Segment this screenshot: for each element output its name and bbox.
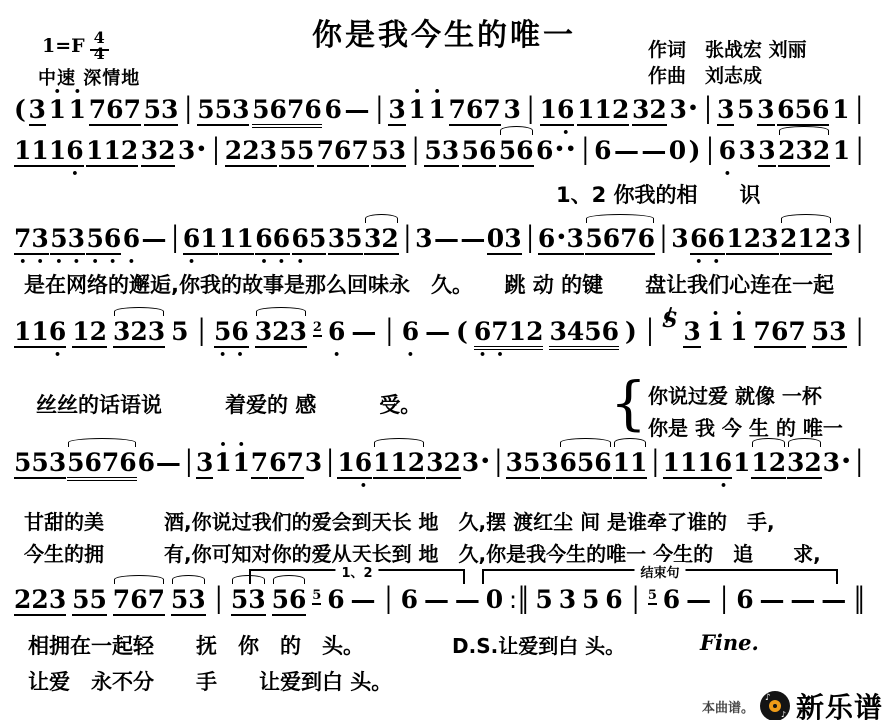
parenthesis: ) (625, 318, 637, 346)
note-digit: 6• (715, 449, 732, 477)
note-digit: 6• (183, 225, 200, 253)
note-group: 53 (371, 137, 406, 167)
note-digit: 5 (297, 137, 314, 165)
note-group: 1• (49, 96, 66, 124)
verse-brace: { (610, 374, 647, 432)
note-group: ) (625, 318, 637, 346)
note-digit: 3 (738, 137, 755, 165)
barline: │ (648, 449, 661, 477)
note-group: 323 (113, 318, 165, 348)
note-digit: 3 (787, 449, 804, 477)
sustain-dash: — (425, 318, 450, 346)
lyric-line-2: 丝丝的话语说 着爱的 感 受。 (36, 389, 421, 419)
note-group: 3 (717, 96, 734, 126)
note-group: 3 (738, 137, 755, 165)
note-group: 1116• (14, 137, 84, 167)
note-digit: 6 (289, 586, 306, 614)
note-digit: 3 (141, 137, 158, 165)
note-digit: 6 (334, 137, 351, 165)
note-digit: 5 (371, 137, 388, 165)
note-digit: 5 (424, 137, 441, 165)
note-group: 56 (462, 137, 497, 167)
barline: │ (524, 96, 537, 124)
note-digit: 3 (49, 449, 66, 477)
note-group: — (641, 137, 666, 165)
note-digit: 6 (304, 96, 321, 124)
disc-hole (773, 704, 777, 708)
note-digit: 7 (287, 96, 304, 124)
note-group: 53 (812, 318, 847, 348)
vinyl-disc-icon: ♪ ♪ (760, 691, 790, 720)
note-digit: 3 (196, 449, 213, 477)
barline: │ (852, 449, 865, 477)
note-digit: 6• (355, 449, 372, 477)
volta-bracket-coda: 结束句 (482, 569, 838, 584)
note-digit: 2 (130, 318, 147, 346)
note-group: 6 (324, 96, 341, 124)
note-digit: 3 (178, 137, 195, 165)
note-group: 6•5 (292, 225, 327, 255)
note-digit: 7 (483, 96, 500, 124)
music-row-5: 55356766—│31•1•7673│16•112323•│35365611│… (14, 449, 866, 481)
verse-line-a: 你说过爱 就像 一杯 (648, 380, 822, 409)
note-group: 1• (730, 318, 747, 346)
note-digit: 5• (50, 225, 67, 253)
sustain-dash: — (351, 318, 376, 346)
note-group: 223 (225, 137, 277, 167)
barline: │ (523, 225, 536, 253)
note-digit: 2 (744, 225, 761, 253)
barline: │ (491, 449, 504, 477)
octave-dot-below: • (407, 349, 414, 360)
note-digit: 2 (815, 225, 832, 253)
octave-dot-below: • (562, 127, 569, 138)
note-digit: 1 (540, 96, 557, 124)
barline: │ (629, 586, 642, 614)
note-digit: 5• (86, 225, 103, 253)
note-group: 6•7•12 (474, 318, 544, 350)
note-group: 3 (415, 225, 432, 253)
note-group: — (460, 225, 485, 253)
note-digit: 6• (123, 225, 140, 253)
publisher-credit: 本曲谱。 (702, 697, 754, 716)
note-group: 6• (328, 318, 345, 346)
time-signature: 4 4 (90, 30, 109, 62)
note-group: 16• (337, 449, 372, 479)
note-group: 3 (757, 96, 774, 126)
note-digit: 2 (649, 96, 666, 124)
note-group: 53 (144, 96, 179, 126)
sheet-music-page: 你是我今生的唯一 1=F 4 4 中速 深情地 作词 张战宏 刘丽 作曲 刘志成… (0, 0, 888, 720)
note-group: 123 (726, 225, 778, 255)
note-group: 3 (29, 96, 46, 126)
note-group: 32 (141, 137, 176, 167)
note-group: 223 (14, 586, 66, 616)
octave-dot-below: • (219, 349, 226, 360)
octave-dot-below: • (333, 349, 340, 360)
note-digit: 5 (499, 137, 516, 165)
barline: │ (195, 318, 208, 346)
note-group: 1 (733, 449, 750, 477)
lyric-line-4a: 相拥在一起轻 抚 你 的 头。 (28, 630, 364, 660)
note-digit: 5 (737, 96, 754, 124)
note-digit: 3 (503, 96, 520, 124)
note-group: 1• (408, 96, 425, 124)
note-group: 553 (197, 96, 249, 126)
note-digit: 3 (232, 96, 249, 124)
note-group: 3 (541, 449, 558, 479)
note-digit: 7 (449, 96, 466, 124)
octave-dot-below: • (73, 256, 80, 267)
barline: │ (643, 318, 656, 346)
note-group: 32 (787, 449, 822, 479)
parenthesis: ( (456, 318, 468, 346)
note-group: — (790, 586, 815, 614)
note-digit: 3 (823, 449, 840, 477)
octave-dot-above: • (414, 86, 421, 97)
barline: │ (212, 586, 225, 614)
slur-arc (779, 126, 829, 135)
note-group: 767 (754, 318, 806, 348)
note-digit: 3 (188, 586, 205, 614)
note-group: — (455, 586, 480, 614)
note-digit: 3 (255, 318, 272, 346)
note-digit: 3 (290, 318, 307, 346)
sustain-dash: — (760, 586, 785, 614)
note-digit: 7 (148, 586, 165, 614)
note-group: — (345, 96, 370, 124)
note-digit: 7 (251, 449, 268, 477)
volta-label-coda: 结束句 (634, 562, 685, 581)
note-group: 1• (707, 318, 724, 346)
slur-arc (365, 214, 398, 223)
octave-dot-below: • (297, 256, 304, 267)
octave-dot-below: • (695, 256, 702, 267)
note-group: 1116• (663, 449, 733, 479)
note-group: 6 (736, 586, 753, 614)
repeat-barline: :║ (509, 586, 530, 614)
note-group: ( (456, 318, 468, 346)
note-digit: 5 (90, 586, 107, 614)
sustain-dash: — (614, 137, 639, 165)
slur-arc (752, 438, 785, 447)
sustain-dash: — (455, 586, 480, 614)
note-digit: 3 (415, 225, 432, 253)
note-group: 116• (14, 318, 66, 348)
slur-arc (500, 126, 533, 135)
music-row-3: 7•3•5•3•5•6•6•—│6•1116•6•6•53532│3——03│6… (14, 225, 866, 255)
lyric-line-3b: 今生的拥 有,你可知对你的爱从天长到 地 久,你是我今生的唯一 今生的 追 求, (24, 538, 821, 567)
note-digit: 1 (200, 225, 217, 253)
octave-dot-above: • (219, 439, 226, 450)
note-group: — (434, 225, 459, 253)
note-digit: 5 (215, 96, 232, 124)
note-digit: 6• (273, 225, 290, 253)
sustain-dash: — (434, 225, 459, 253)
note-digit: 5 (252, 96, 269, 124)
note-digit: 0 (669, 137, 686, 165)
octave-dot-below: • (188, 256, 195, 267)
octave-dot-below: • (237, 349, 244, 360)
note-digit: 5 (231, 586, 248, 614)
note-digit: 7 (351, 137, 368, 165)
note-group: 5 (171, 318, 188, 346)
octave-dot-below: • (55, 256, 62, 267)
note-digit: 3 (504, 225, 521, 253)
brand-name: 新乐谱 (796, 686, 883, 720)
note-digit: 2 (813, 137, 830, 165)
note-digit: 6• (104, 225, 121, 253)
sustain-dash: — (641, 137, 666, 165)
lyric-line-3a: 甘甜的美 酒,你说过我们的爱会到天长 地 久,摆 渡红尘 间 是谁牵了谁的 手, (24, 506, 775, 535)
barline: │ (852, 96, 865, 124)
note-digit: 5 (309, 225, 326, 253)
note-digit: 4 (567, 318, 584, 346)
note-digit: 3 (113, 318, 130, 346)
note-group: 03 (487, 225, 522, 255)
note-digit: 6• (690, 225, 707, 253)
note-group: 53 (424, 137, 459, 167)
note-digit: 6 (516, 137, 533, 165)
note-group: 11 (219, 225, 254, 255)
note-digit: 6• (255, 225, 272, 253)
octave-dot-above: • (238, 439, 245, 450)
note-digit: 6 (736, 586, 753, 614)
note-digit: 3 (462, 449, 479, 477)
note-group: 6•6• (255, 225, 290, 255)
note-digit: 5 (462, 137, 479, 165)
sustain-dash: — (460, 225, 485, 253)
barline: │ (381, 586, 394, 614)
note-digit: 1 (733, 449, 750, 477)
note-digit: 2 (526, 318, 543, 346)
note-digit: 3 (796, 137, 813, 165)
note-digit: 3 (834, 225, 851, 253)
octave-dot-below: • (496, 349, 503, 360)
note-group: — (156, 449, 181, 477)
note-group: 5676 (585, 225, 655, 255)
note-digit: 3 (148, 318, 165, 346)
final-barline: ║ (852, 586, 865, 614)
note-digit: 5 (144, 96, 161, 124)
note-digit: 1• (233, 449, 250, 477)
note-digit: 6• (292, 225, 309, 253)
octave-dot-below: • (128, 256, 135, 267)
note-digit: 6• (474, 318, 491, 346)
note-group: 3• (178, 137, 207, 165)
octave-dot-below: • (713, 256, 720, 267)
note-digit: 3 (364, 225, 381, 253)
note-digit: 5 (523, 449, 540, 477)
octave-dot-below: • (19, 256, 26, 267)
music-row-1: (31•1•76753│55356766—│31•1•7673│16•11232… (14, 96, 866, 128)
augmentation-dot: • (554, 140, 564, 158)
note-digit: 6 (106, 96, 123, 124)
note-digit: 5• (214, 318, 231, 346)
note-group: 6• (402, 318, 419, 346)
note-digit: 7• (14, 225, 31, 253)
note-digit: 7• (491, 318, 508, 346)
note-group: 5676 (67, 449, 137, 481)
note-digit: 5 (345, 225, 362, 253)
slur-arc (232, 575, 265, 584)
note-group: 12 (751, 449, 786, 479)
note-digit: 6• (49, 318, 66, 346)
note-group: 6•3 (538, 225, 584, 255)
note-group: ( (14, 96, 26, 124)
note-group: 767 (317, 137, 369, 167)
octave-dot-below: • (720, 480, 727, 491)
note-digit: 2 (90, 318, 107, 346)
note-group: 6• (719, 137, 736, 165)
note-digit: 6• (402, 318, 419, 346)
note-group: 3 (671, 225, 688, 253)
note-group: 3 (559, 586, 576, 614)
segno-icon: S∕ (662, 307, 677, 332)
note-digit: 2 (31, 586, 48, 614)
note-digit: 6 (603, 225, 620, 253)
note-digit: 7 (124, 96, 141, 124)
music-row-2: 1116•112323•│2235576753│5356566••│6——0)│… (14, 137, 866, 167)
note-group: 6•• (536, 137, 576, 165)
note-digit: 3 (389, 137, 406, 165)
note-digit: 6 (771, 318, 788, 346)
note-group: 6•6• (690, 225, 725, 255)
note-digit: 2 (804, 449, 821, 477)
note-digit: 1 (31, 137, 48, 165)
note-digit: 2 (242, 137, 259, 165)
note-digit: 3 (757, 96, 774, 124)
fine-marking: Fine. (700, 630, 759, 655)
slur-arc (586, 214, 654, 223)
note-digit: 3 (761, 225, 778, 253)
note-group: 6 (327, 586, 344, 614)
barline: │ (168, 225, 181, 253)
note-digit: 6 (130, 586, 147, 614)
note-digit: 5 (67, 449, 84, 477)
note-group: — (614, 137, 639, 165)
note-group: 1 (833, 137, 850, 165)
note-digit: 5 (197, 96, 214, 124)
note-digit: 5 (584, 318, 601, 346)
lyric-line-1: 是在网络的邂逅,你我的故事是那么回味永 久。 跳 动 的键 盘让我们心连在一起 (24, 269, 834, 299)
note-group: 5 (737, 96, 754, 124)
barline: │ (717, 586, 730, 614)
composer-credit: 作曲 刘志成 (648, 64, 807, 90)
augmentation-dot: • (196, 140, 206, 158)
slur-arc (374, 438, 424, 447)
note-digit: 3 (717, 96, 734, 124)
note-digit: 6 (324, 96, 341, 124)
note-digit: 6 (327, 586, 344, 614)
note-digit: 5 (577, 449, 594, 477)
note-digit: 2 (443, 449, 460, 477)
music-row-4: 116•123235│5•6•32326•—│6•—(6•7•123456)│S… (14, 318, 866, 350)
note-group: 6 (605, 586, 622, 614)
note-group: 32 (426, 449, 461, 479)
note-group: 767 (89, 96, 141, 126)
note-digit: 3 (506, 449, 523, 477)
note-digit: 3 (305, 449, 322, 477)
note-digit: 1 (373, 449, 390, 477)
note-digit: 6 (605, 586, 622, 614)
note-group: — (142, 225, 167, 253)
music-row-6: 1、2 结束句 2235576753│535656—│6——0:║5356│56… (14, 586, 866, 616)
note-digit: 1 (630, 449, 647, 477)
augmentation-dot: • (480, 452, 490, 470)
note-group: 656 (559, 449, 611, 479)
slur-arc (781, 214, 831, 223)
note-digit: 1 (72, 318, 89, 346)
note-digit: 2 (272, 318, 289, 346)
note-digit: 6• (328, 318, 345, 346)
note-digit: 6 (536, 137, 553, 165)
lyric-pickup: 1、2 你我的相 识 (556, 179, 761, 209)
note-digit: 3 (670, 96, 687, 124)
note-digit: 3 (632, 96, 649, 124)
note-group: 0 (669, 137, 686, 165)
note-digit: 7 (102, 449, 119, 477)
note-digit: 1• (707, 318, 724, 346)
note-digit: 3 (559, 586, 576, 614)
note-digit: 3 (567, 225, 584, 253)
note-digit: 6 (119, 449, 136, 477)
note-digit: 0 (487, 225, 504, 253)
octave-dot-below: • (109, 256, 116, 267)
sustain-dash: — (424, 586, 449, 614)
note-group: 3 (388, 96, 405, 126)
note-digit: 2 (408, 449, 425, 477)
note-group: 212 (780, 225, 832, 255)
note-group: 3 (196, 449, 213, 479)
note-group: 32 (632, 96, 667, 126)
note-digit: 1 (613, 449, 630, 477)
barline: │ (853, 137, 866, 165)
note-group: 5•6• (214, 318, 249, 348)
note-group: 3• (462, 449, 491, 477)
note-digit: 6 (538, 225, 555, 253)
note-group: 232 (778, 137, 830, 167)
note-group: 67 (269, 449, 304, 479)
note-group: 3 (305, 449, 322, 477)
note-digit: 1 (751, 449, 768, 477)
note-digit: 3 (671, 225, 688, 253)
note-digit: 5 (14, 449, 31, 477)
note-group: 3456 (549, 318, 619, 350)
note-digit: 5 (795, 96, 812, 124)
note-digit: 1• (49, 96, 66, 124)
note-group: 553 (14, 449, 66, 479)
note-group: — (351, 318, 376, 346)
note-group: 12 (72, 318, 107, 348)
note-digit: 1 (14, 137, 31, 165)
note-group: 5676 (252, 96, 322, 128)
barline: │ (703, 137, 716, 165)
octave-dot-below: • (724, 168, 731, 179)
note-group: — (350, 586, 375, 614)
barline: │ (182, 449, 195, 477)
note-digit: 1 (219, 225, 236, 253)
note-digit: 5 (279, 137, 296, 165)
sustain-dash: — (821, 586, 846, 614)
note-group: 112 (373, 449, 425, 479)
note-digit: 5 (582, 586, 599, 614)
note-digit: 2 (14, 586, 31, 614)
note-digit: 3 (248, 586, 265, 614)
note-group: 6•1 (183, 225, 218, 255)
note-digit: 6• (708, 225, 725, 253)
volta-label-1-2: 1、2 (335, 562, 378, 581)
